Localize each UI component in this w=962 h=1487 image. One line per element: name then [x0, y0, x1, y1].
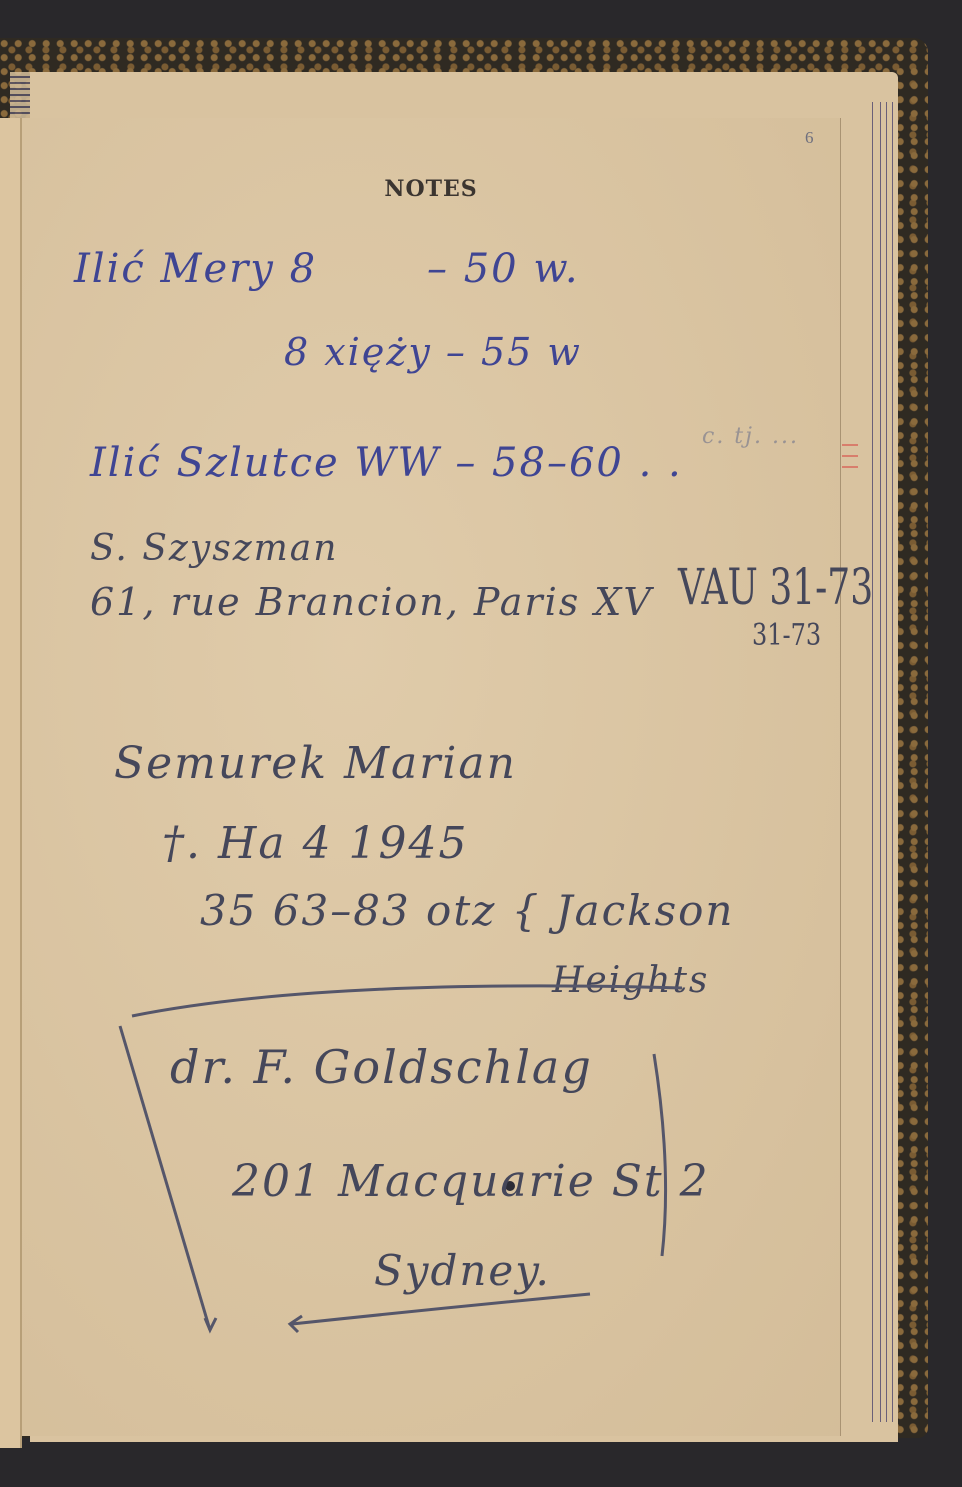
- bracket-arrow-strokes: [22, 118, 840, 1436]
- red-margin-marks: [842, 444, 858, 477]
- contact3-name: dr. F. Goldschlag: [170, 1040, 593, 1094]
- notebook-page: 6 NOTES Ilić Mery 8 – 50 w. 8 xięży – 55…: [22, 118, 840, 1436]
- contact3-address: 201 Macquarie St 2: [232, 1156, 710, 1207]
- facing-page-edge: [0, 118, 22, 1448]
- contact3-city: Sydney.: [374, 1246, 551, 1295]
